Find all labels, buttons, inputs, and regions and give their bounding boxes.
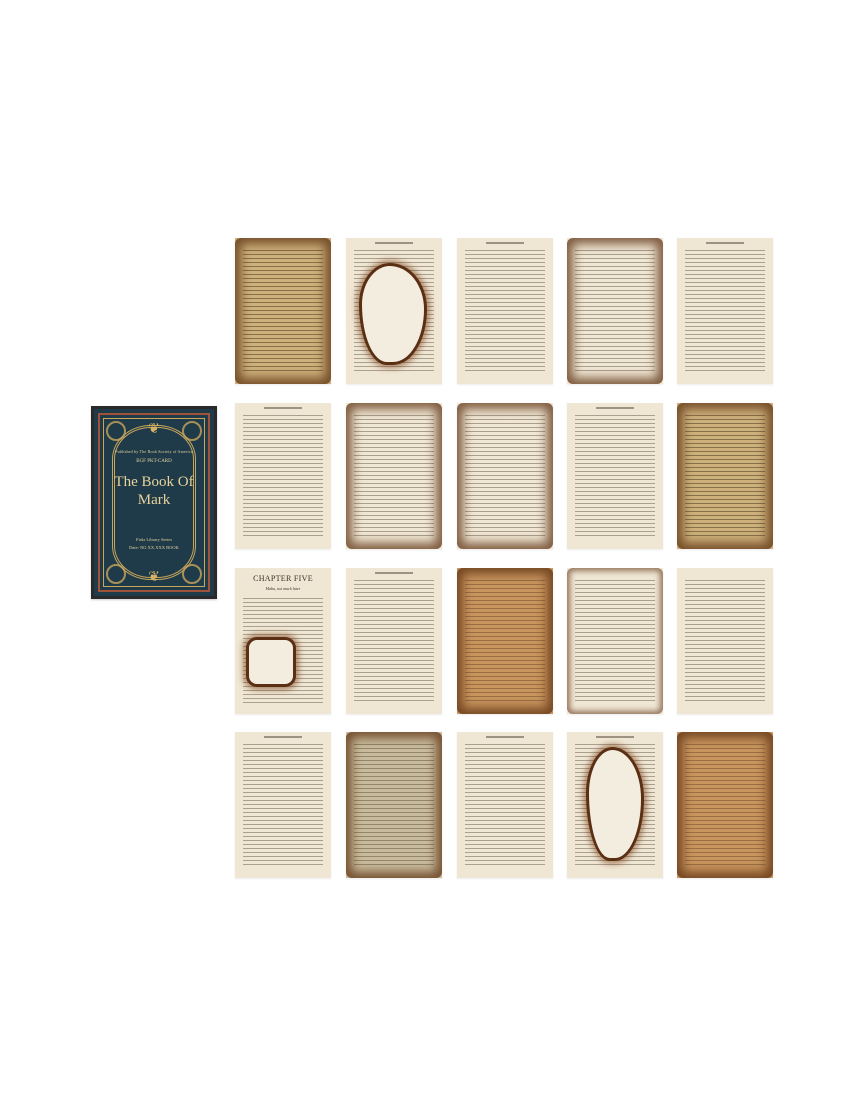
page-card: [457, 568, 553, 714]
cover-title: The Book Of Mark: [94, 473, 214, 509]
cover-series: BGF PKT-CARD: [94, 459, 214, 464]
page-card: [677, 238, 773, 384]
page-card: [235, 403, 331, 549]
page-card-chapter: CHAPTER FIVE Mabu, not much later: [235, 568, 331, 714]
page-card: [567, 238, 663, 384]
chapter-subtitle: Mabu, not much later: [235, 586, 331, 591]
ornament-icon: [182, 564, 202, 584]
page-card: [346, 403, 442, 549]
flourish-icon: ❦: [148, 569, 160, 586]
page-card: [235, 732, 331, 878]
page-card: [457, 238, 553, 384]
page-card: [567, 568, 663, 714]
page-card: [677, 732, 773, 878]
cover-library: Fiskr Library Series: [94, 537, 214, 542]
page-card: [457, 403, 553, 549]
page-card: [346, 568, 442, 714]
cover-title-line1: The Book Of: [94, 473, 214, 491]
flourish-icon: ❦: [148, 421, 160, 438]
cover-date: Date: NG XX.XXX BOOK: [94, 545, 214, 550]
page-card: [677, 403, 773, 549]
ornament-icon: [182, 421, 202, 441]
page-card: [235, 238, 331, 384]
page-card: [346, 238, 442, 384]
chapter-heading: CHAPTER FIVE: [235, 574, 331, 583]
page-card: [457, 732, 553, 878]
page-card: [346, 732, 442, 878]
page-card: [677, 568, 773, 714]
page-card: [567, 403, 663, 549]
cover-title-line2: Mark: [94, 491, 214, 509]
ornament-icon: [106, 564, 126, 584]
page-card: [567, 732, 663, 878]
ornament-icon: [106, 421, 126, 441]
cover-publisher: Published by The Book Society of America: [94, 449, 214, 454]
book-cover: ❦ ❦ Published by The Book Society of Ame…: [91, 406, 217, 599]
